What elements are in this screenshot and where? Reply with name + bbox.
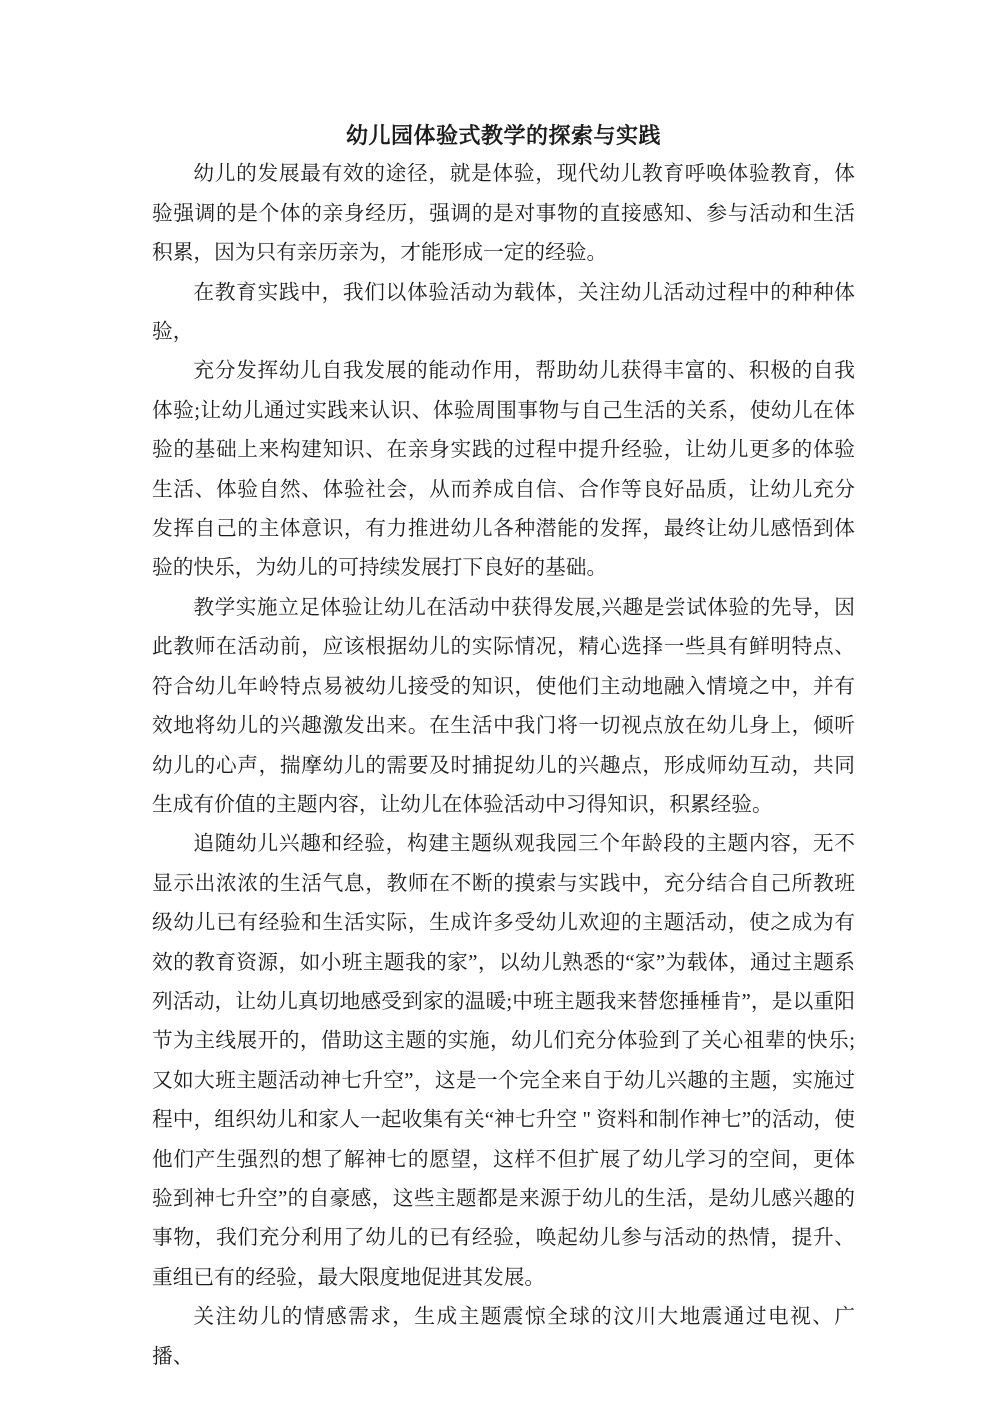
document-page: 幼儿园体验式教学的探索与实践 幼儿的发展最有效的途径，就是体验，现代幼儿教育呼唤… [0,0,1000,1415]
document-title: 幼儿园体验式教学的探索与实践 [152,116,855,155]
paragraph: 充分发挥幼儿自我发展的能动作用，帮助幼儿获得丰富的、积极的自我体验;让幼儿通过实… [152,352,855,588]
paragraph: 教学实施立足体验让幼儿在活动中获得发展,兴趣是尝试体验的先导，因此教师在活动前，… [152,589,855,825]
paragraph: 关注幼儿的情感需求，生成主题震惊全球的汶川大地震通过电视、广播、 [152,1298,855,1377]
paragraph: 幼儿的发展最有效的途径，就是体验，现代幼儿教育呼唤体验教育，体验强调的是个体的亲… [152,155,855,273]
document-body: 幼儿的发展最有效的途径，就是体验，现代幼儿教育呼唤体验教育，体验强调的是个体的亲… [152,155,855,1377]
paragraph: 在教育实践中，我们以体验活动为载体，关注幼儿活动过程中的种种体验， [152,274,855,353]
paragraph: 追随幼儿兴趣和经验，构建主题纵观我园三个年龄段的主题内容，无不显示出浓浓的生活气… [152,825,855,1298]
